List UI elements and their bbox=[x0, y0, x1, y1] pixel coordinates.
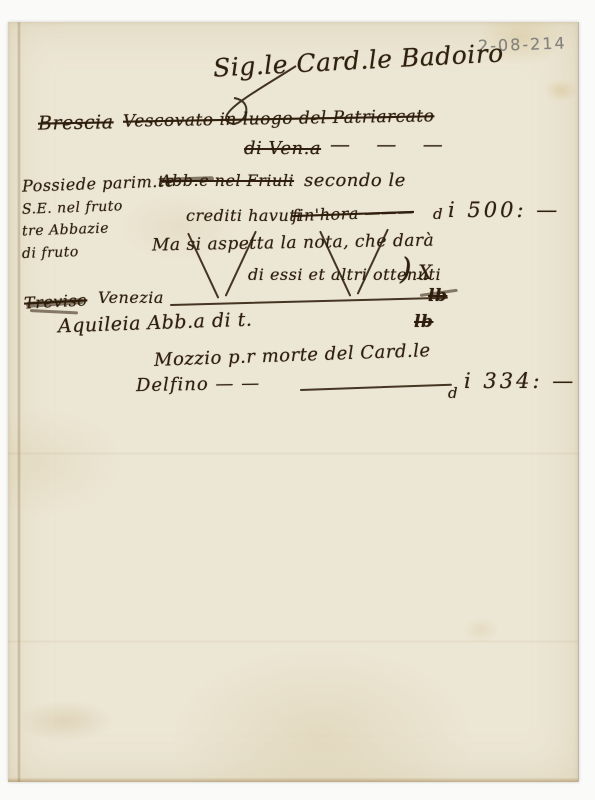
margin-note-3: di fruto bbox=[22, 244, 79, 262]
line-ven-dashes: — — — bbox=[330, 132, 453, 156]
line-brescia-struck: Vescovato in luogo del Patriarcato bbox=[123, 106, 435, 131]
ducati-abbreviation: d bbox=[433, 205, 443, 223]
line-possiede-lead: Possiede parim.te bbox=[22, 171, 175, 195]
amount-1334: i 334: — bbox=[464, 369, 576, 393]
line-aquileia: Aquileia Abb.a di t. bbox=[58, 309, 253, 338]
horizontal-crease bbox=[8, 640, 578, 643]
margin-note-2: tre Abbazie bbox=[22, 220, 110, 239]
line-venezia: Venezia bbox=[98, 288, 164, 307]
closing-paren-stroke: ) bbox=[400, 252, 412, 287]
line-mozzio: Mozzio p.r morte del Card.le bbox=[154, 340, 431, 371]
line-delfino: Delfino — — bbox=[136, 373, 260, 396]
paper-bottom-edge bbox=[8, 778, 578, 782]
pound-mark-struck-1: lb bbox=[428, 286, 447, 306]
line-brescia-place: Brescia bbox=[38, 111, 114, 134]
ducati-abbreviation: d bbox=[448, 384, 458, 402]
line-crediti-lead: crediti havuti bbox=[186, 206, 302, 225]
horizontal-crease bbox=[8, 452, 578, 455]
line-possiede-tail: secondo le bbox=[304, 170, 406, 191]
amount-1500: i 500: — bbox=[448, 198, 560, 222]
line-crediti-struck: fin'hora ——— bbox=[292, 202, 415, 225]
cancellation-x-mark: X bbox=[418, 260, 433, 284]
pound-mark-struck-2: lb bbox=[414, 312, 433, 332]
ruled-stroke bbox=[300, 384, 452, 391]
manuscript-page: 2-08-214 Sig.le Card.le Badoiro Brescia … bbox=[8, 22, 579, 782]
margin-note-1: S.E. nel fruto bbox=[22, 198, 123, 218]
fold-crease bbox=[17, 22, 21, 782]
line-ven-abbr: di Ven.a bbox=[244, 138, 321, 159]
ruled-stroke bbox=[170, 297, 448, 306]
